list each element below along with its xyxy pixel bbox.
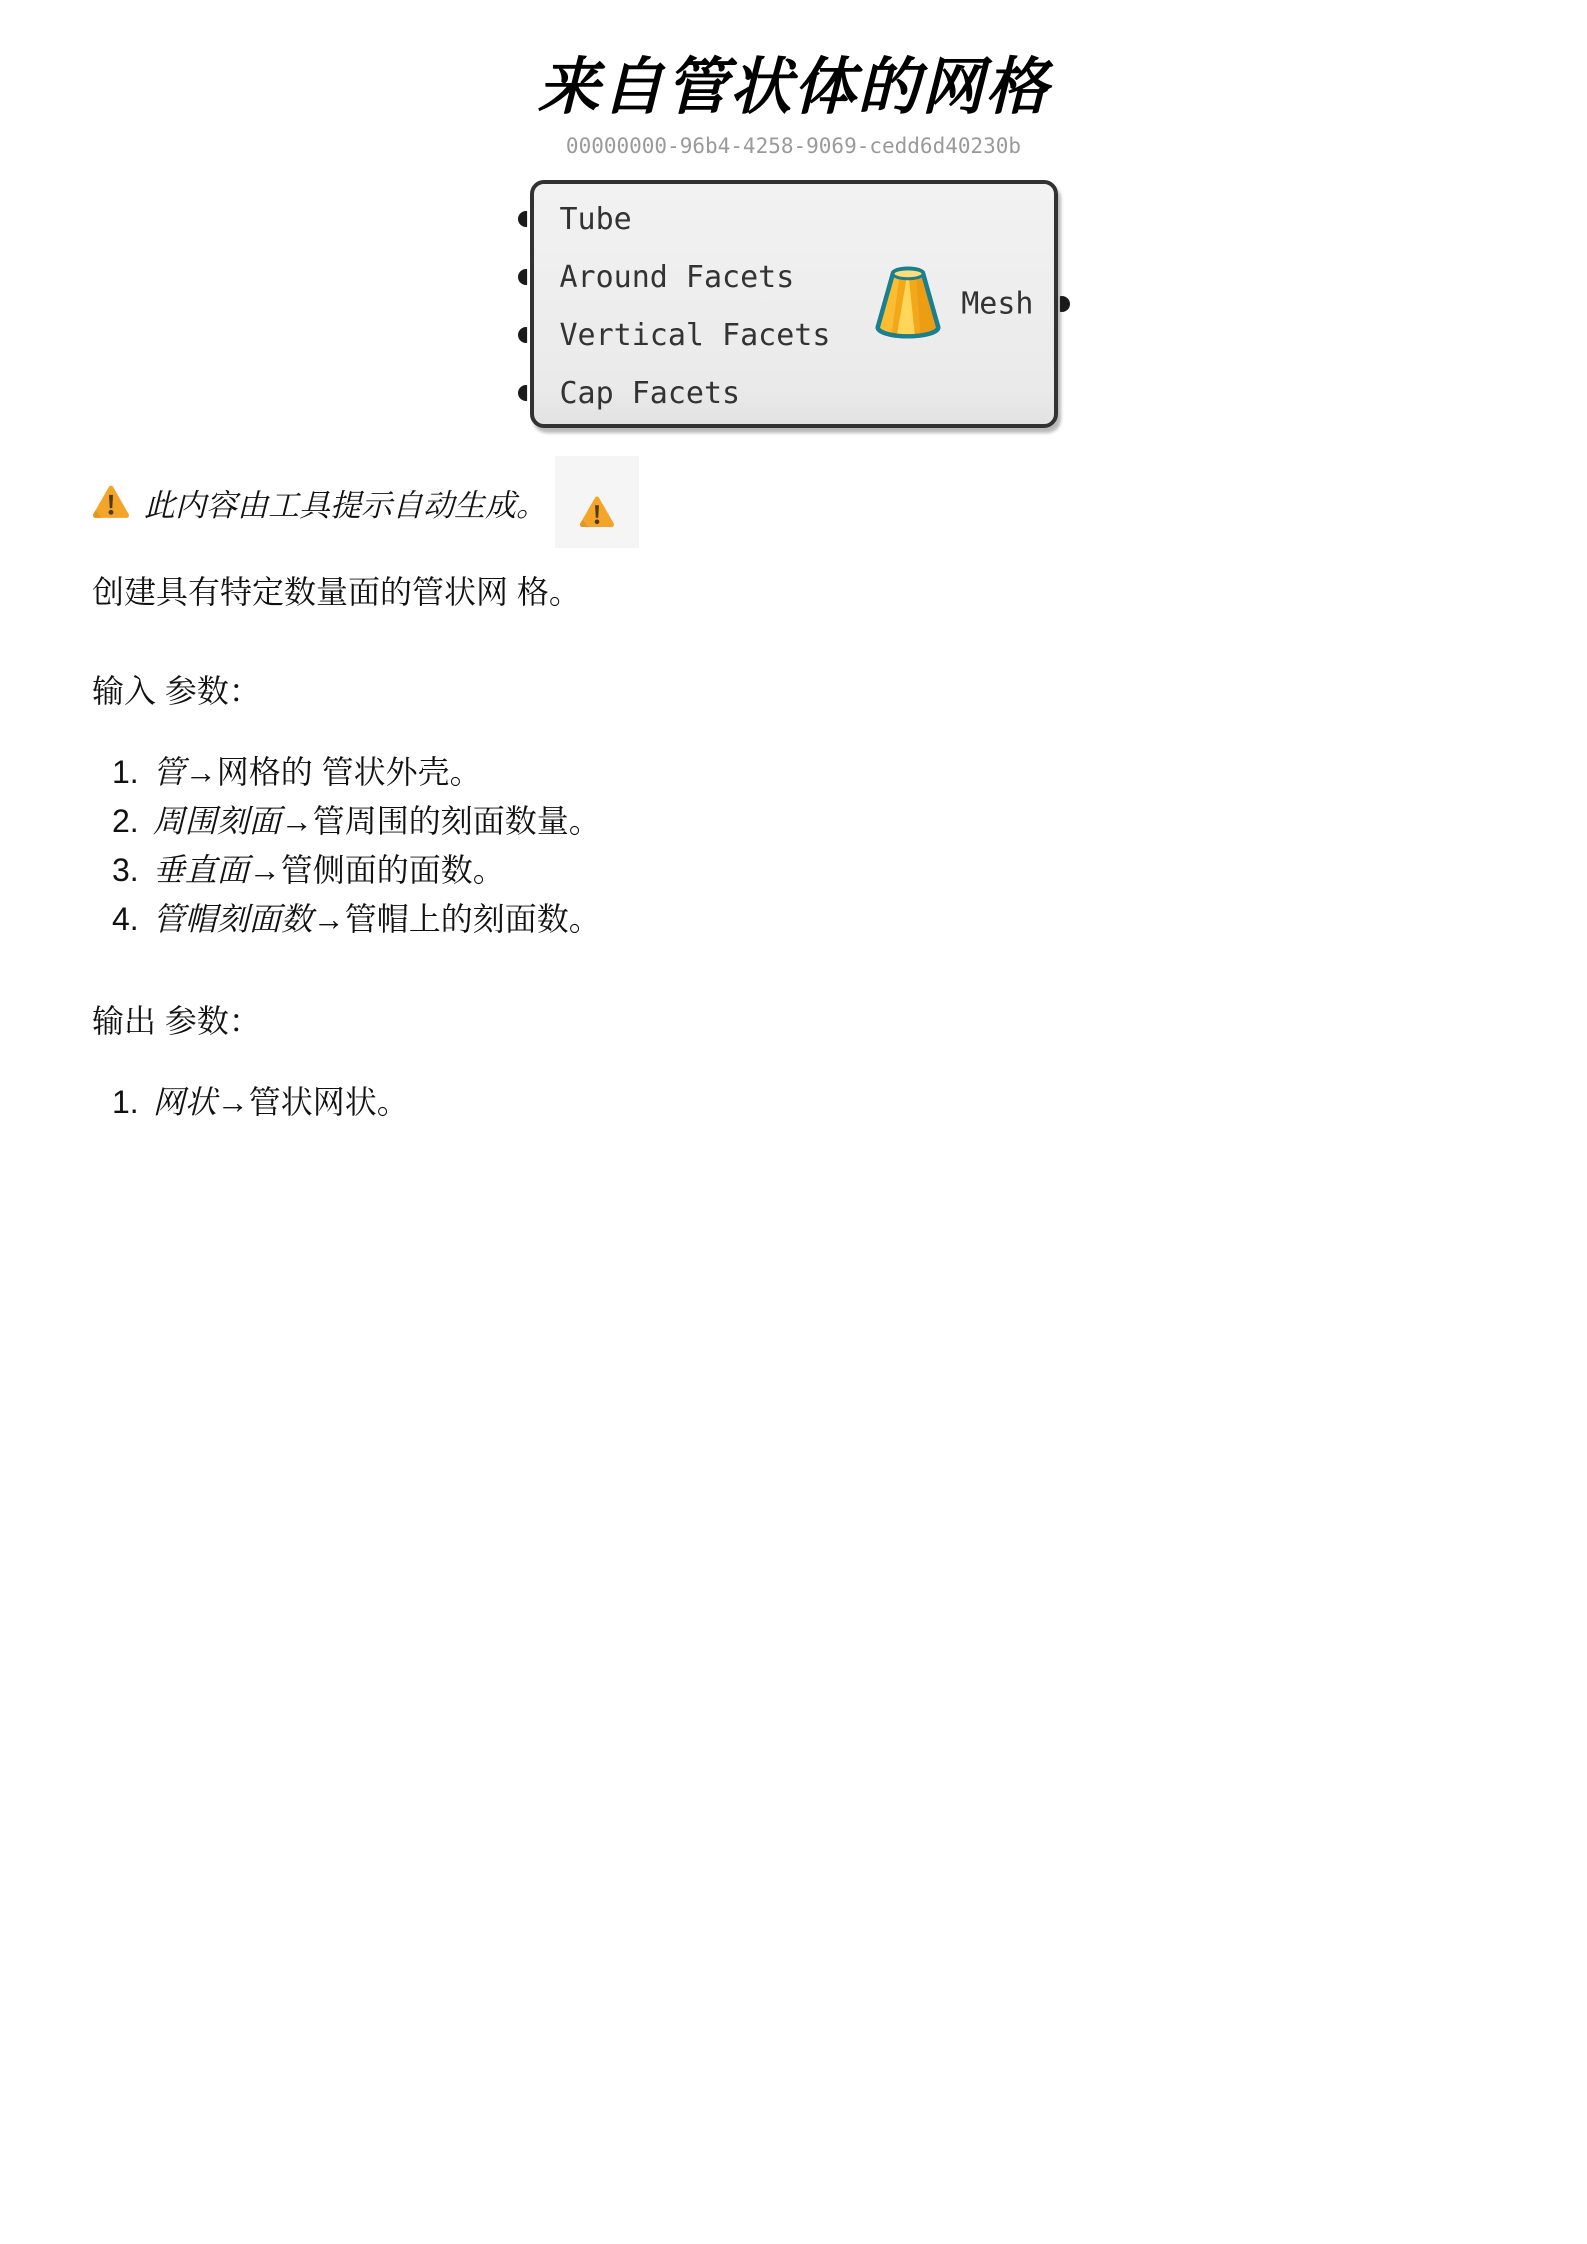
- warning-icon: [92, 483, 130, 521]
- warning-image-placeholder: [555, 456, 639, 548]
- node-input-row: Tube: [534, 190, 1054, 248]
- component-description: 创建具有特定数量面的管状网 格。: [92, 572, 1587, 614]
- warning-line: 此内容由工具提示自动生成。: [92, 456, 1587, 548]
- arrow-glyph: →: [281, 803, 313, 839]
- input-label: Cap Facets: [560, 376, 741, 411]
- item-number: 1.: [112, 1084, 139, 1120]
- param-description: 管周围的刻面数量。: [313, 803, 601, 839]
- warning-icon: [579, 494, 615, 530]
- warning-text: 此内容由工具提示自动生成。: [144, 480, 547, 525]
- item-number: 1.: [112, 754, 139, 790]
- item-number: 3.: [112, 852, 139, 888]
- input-port-icon: [518, 327, 534, 343]
- component-uuid: 00000000-96b4-4258-9069-cedd6d40230b: [0, 134, 1587, 158]
- output-port-icon: [1054, 296, 1070, 312]
- inputs-list: 1.管→网格的 管状外壳。 2.周围刻面→管周围的刻面数量。 3.垂直面→管侧面…: [112, 748, 1587, 944]
- inputs-heading: 输入 参数：: [92, 666, 1587, 712]
- input-label: Vertical Facets: [560, 318, 831, 353]
- param-description: 管侧面的面数。: [281, 852, 505, 888]
- arrow-glyph: →: [313, 901, 345, 937]
- page: { "header": { "title": "来自管状体的网格", "uuid…: [0, 0, 1587, 2244]
- list-item: 1.管→网格的 管状外壳。: [112, 748, 1587, 797]
- page-title: 来自管状体的网格: [0, 0, 1587, 122]
- arrow-glyph: →: [217, 1084, 249, 1120]
- item-number: 2.: [112, 803, 139, 839]
- outputs-list: 1.网状→管状网状。: [112, 1078, 1587, 1127]
- list-item: 1.网状→管状网状。: [112, 1078, 1587, 1127]
- input-label: Around Facets: [560, 260, 795, 295]
- list-item: 4.管帽刻面数→管帽上的刻面数。: [112, 895, 1587, 944]
- input-label: Tube: [560, 202, 632, 237]
- list-item: 3.垂直面→管侧面的面数。: [112, 846, 1587, 895]
- input-port-icon: [518, 385, 534, 401]
- param-description: 管状网状。: [249, 1084, 409, 1120]
- param-name: 周围刻面: [153, 803, 281, 839]
- output-label: Mesh: [961, 287, 1033, 322]
- param-name: 管: [153, 754, 185, 790]
- arrow-glyph: →: [185, 754, 217, 790]
- input-port-icon: [518, 269, 534, 285]
- param-name: 垂直面: [153, 852, 249, 888]
- arrow-glyph: →: [249, 852, 281, 888]
- param-description: 管帽上的刻面数。: [345, 901, 601, 937]
- list-item: 2.周围刻面→管周围的刻面数量。: [112, 797, 1587, 846]
- item-number: 4.: [112, 901, 139, 937]
- tube-mesh-icon: [864, 260, 952, 348]
- node-input-row: Cap Facets: [534, 364, 1054, 422]
- gh-component-node: Tube Around Facets Vertical Facets Cap F…: [530, 180, 1058, 428]
- document: 来自管状体的网格 00000000-96b4-4258-9069-cedd6d4…: [0, 0, 1587, 1127]
- input-port-icon: [518, 211, 534, 227]
- param-description: 网格的 管状外壳。: [217, 754, 482, 790]
- param-name: 网状: [153, 1084, 217, 1120]
- outputs-heading: 输出 参数：: [92, 996, 1587, 1042]
- param-name: 管帽刻面数: [153, 901, 313, 937]
